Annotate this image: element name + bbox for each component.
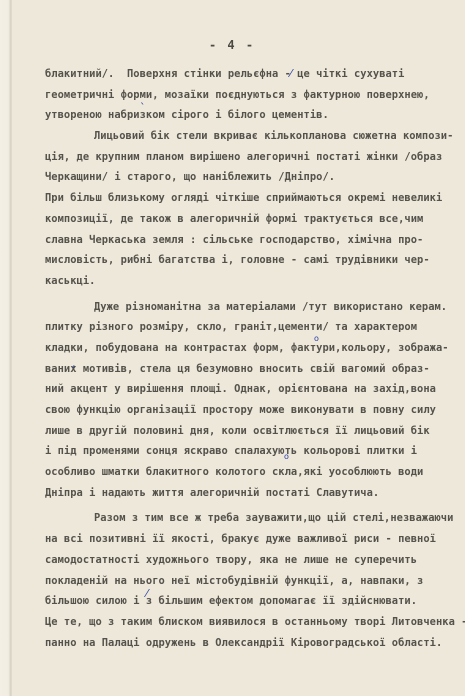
text-line: Дніпра і надають життя алегоричній поста… xyxy=(45,483,465,504)
text-line: свою функцію організації простору може в… xyxy=(45,400,465,421)
ink-letter-mark: о xyxy=(284,452,289,461)
text-line: композиції, де також в алегоричній формі… xyxy=(45,209,465,230)
text-line: Це те, що з таким блиском виявилося в ос… xyxy=(45,612,465,633)
body-text: блакитний/. Поверхня стінки рельєфна - ц… xyxy=(45,64,465,653)
ink-letter-mark: о xyxy=(314,334,319,343)
ink-strike-mark: ⁄ xyxy=(290,67,292,80)
text-line: утвореною набризком сірого і білого цеме… xyxy=(45,105,465,126)
text-line: більшою силою і з більшим ефектом допома… xyxy=(45,591,465,612)
text-line: При більш близькому огляді чіткіше сприй… xyxy=(45,188,465,209)
text-line: мисловість, рибні багатства і, головне -… xyxy=(45,250,465,271)
ink-strike-mark: ⁄ xyxy=(146,587,148,600)
text-line: покладеній на нього неї містобудівній фу… xyxy=(45,571,465,592)
typewritten-page: - 4 - блакитний/. Поверхня стінки рельєф… xyxy=(12,0,465,696)
text-line: ваних мотивів, стела ця безумовно вносит… xyxy=(45,359,465,380)
text-line: і під променями сонця яскраво спалахують… xyxy=(45,441,465,462)
text-line: геометричні форми, мозаїки поєднуються з… xyxy=(45,85,465,106)
text-line: Черкащини/ і старого, що наніблежить /Дн… xyxy=(45,167,465,188)
text-line: кладки, побудована на контрастах форм, ф… xyxy=(45,338,465,359)
text-line: ція, де крупним планом вирішено алегорич… xyxy=(45,147,465,168)
text-line: самодостатності художнього твору, яка не… xyxy=(45,550,465,571)
page-left-edge xyxy=(0,0,12,696)
text-line: лише в другій половині дня, коли освітлю… xyxy=(45,421,465,442)
text-line: на всі позитивні її якості, бракує дуже … xyxy=(45,529,465,550)
ink-comma-mark: ˎ xyxy=(140,92,146,105)
text-line: каськці. xyxy=(45,271,465,292)
paragraph-start-line: Разом з тим все ж треба зауважити,що цій… xyxy=(45,508,465,529)
paragraph-start-line: Дуже різноманітна за матеріалами /тут ви… xyxy=(45,297,465,318)
text-line: ний акцент у вирішення площі. Однак, орі… xyxy=(45,379,465,400)
text-line: плитку різного розміру, скло, граніт,цем… xyxy=(45,317,465,338)
text-line: особливо шматки блакитного колотого скла… xyxy=(45,462,465,483)
text-line: блакитний/. Поверхня стінки рельєфна - ц… xyxy=(45,64,465,85)
ink-comma-mark: , xyxy=(72,357,76,370)
page-number: - 4 - xyxy=(202,38,262,52)
paragraph-start-line: Лицьовий бік стели вкриває кількопланова… xyxy=(45,126,465,147)
text-line: славна Черкаська земля : сільське господ… xyxy=(45,230,465,251)
text-line: панно на Палаці одружень в Олександрії К… xyxy=(45,633,465,654)
